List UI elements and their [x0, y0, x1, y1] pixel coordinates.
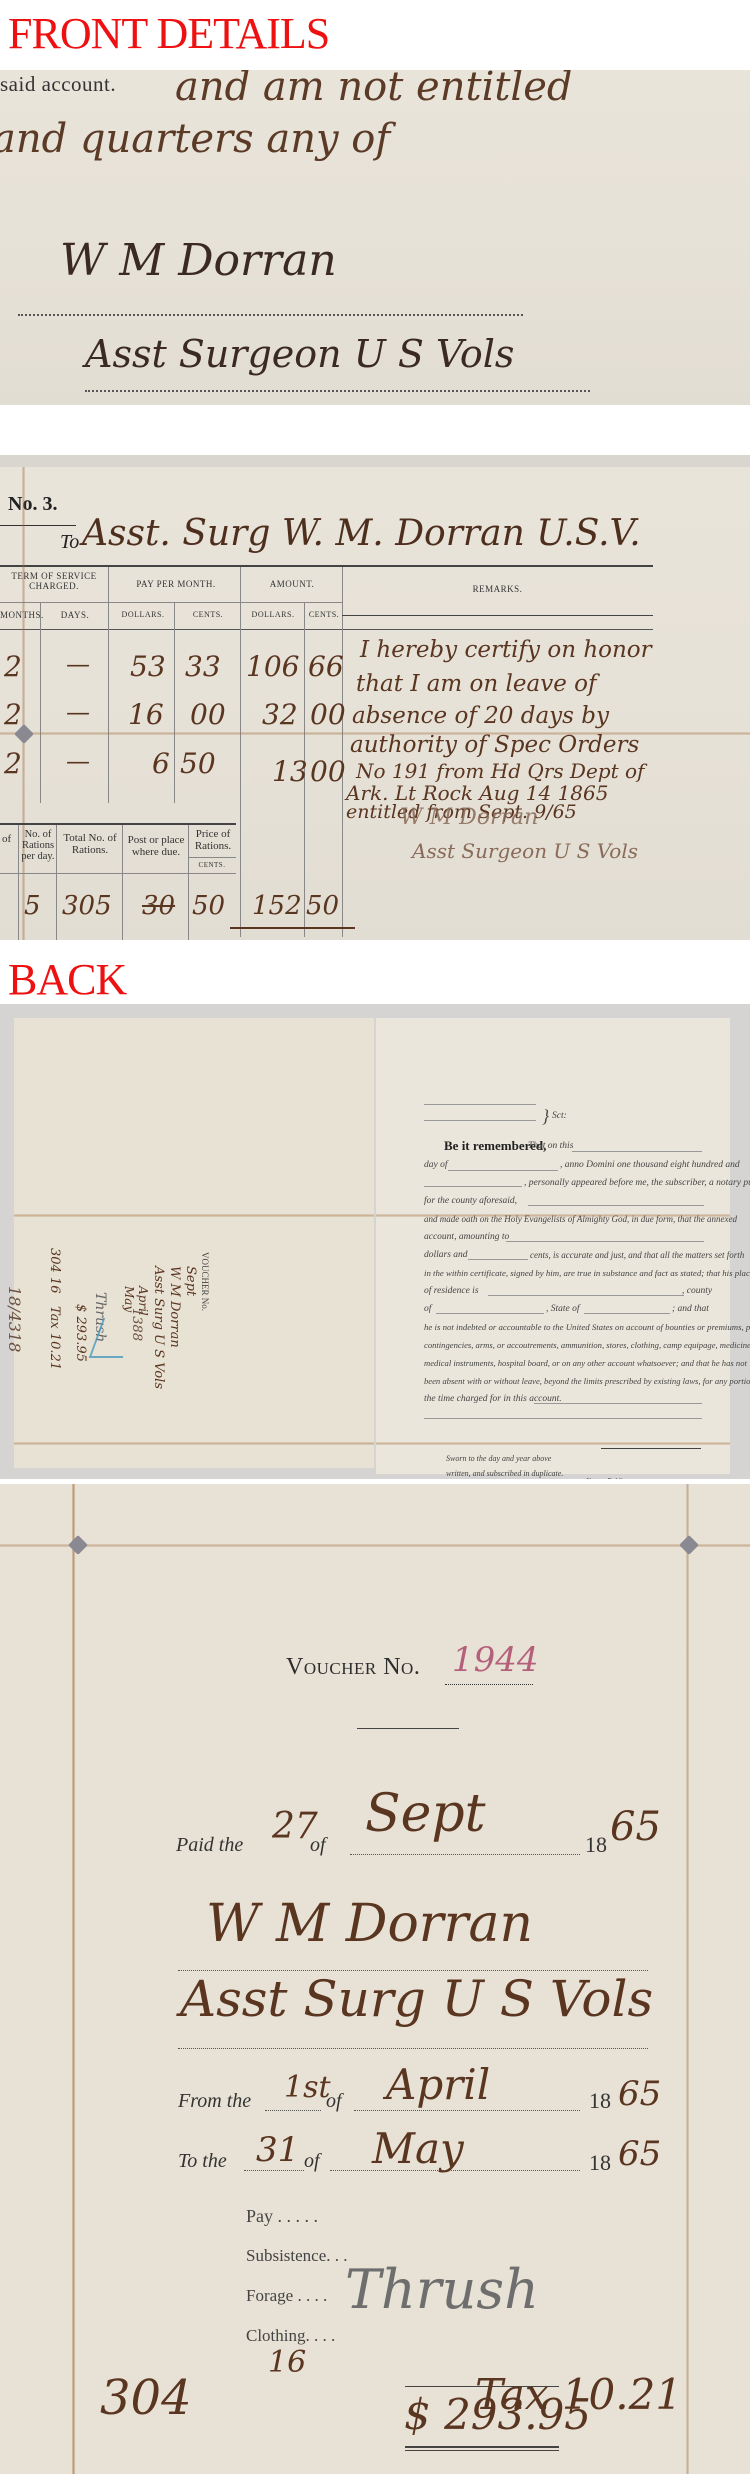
to-label: To the	[178, 2150, 227, 2173]
sct-label: Sct:	[552, 1111, 567, 1121]
to-month: May	[372, 2124, 464, 2173]
rations-of-label: of	[2, 833, 11, 845]
remarks-signature-title: Asst Surgeon U S Vols	[412, 839, 638, 863]
payee-title: Asst Surg U S Vols	[180, 1970, 653, 2028]
post-header: Post or place where due.	[124, 835, 188, 858]
voucher-number: 1944	[452, 1640, 539, 1680]
to-label: To	[60, 531, 79, 554]
from-month: April	[386, 2060, 490, 2109]
paid-month: Sept	[365, 1784, 486, 1844]
remarks-signature: W M Dorran	[400, 805, 538, 830]
header-pay-dollars: DOLLARS.	[112, 610, 174, 619]
item-clothing: Clothing. . . .	[246, 2326, 335, 2346]
side-note: 18/4318	[5, 1286, 24, 1352]
paid-label: Paid the	[176, 1834, 243, 1857]
header-months: MONTHS.	[0, 610, 40, 620]
from-label: From the	[178, 2090, 251, 2113]
from-day: 1st	[284, 2070, 331, 2105]
header-amt-dollars: DOLLARS.	[242, 610, 304, 619]
sworn-line-1: Sworn to the day and year above	[446, 1454, 551, 1463]
front-table-photo: No. 3. To Asst. Surg W. M. Dorran U.S.V.…	[0, 455, 750, 940]
tax-note: Tax 10.21	[475, 2370, 682, 2419]
form-number: No. 3.	[8, 493, 57, 516]
header-amount: AMOUNT.	[242, 579, 342, 589]
paid-year: 65	[610, 1804, 661, 1850]
header-remarks: REMARKS.	[345, 584, 650, 594]
signature-title: Asst Surgeon U S Vols	[85, 332, 514, 376]
payee-name: W M Dorran	[206, 1894, 533, 1954]
signature: W M Dorran	[60, 235, 337, 286]
back-heading: BACK	[8, 958, 126, 1002]
header-days: DAYS.	[42, 610, 108, 620]
total-rations-header: Total No. of Rations.	[58, 833, 122, 856]
from-year: 65	[618, 2074, 661, 2114]
signature-line	[18, 314, 523, 316]
front-signature-photo: said account. and am not entitled and qu…	[0, 70, 750, 405]
title-line	[85, 390, 590, 392]
payee-name: Asst. Surg W. M. Dorran U.S.V.	[82, 513, 641, 554]
rations-per-day-header: No. of Rations per day.	[20, 829, 56, 862]
mark-left: 304	[100, 2370, 192, 2426]
front-details-heading: FRONT DETAILS	[8, 12, 329, 56]
back-photo: VOUCHER No. Sept W M Dorran Asst Surg U …	[0, 1004, 750, 1479]
price-cents-header: CENTS.	[188, 861, 236, 869]
item-pay: Pay . . . . .	[246, 2206, 318, 2227]
item-forage: Forage . . . .	[246, 2286, 327, 2306]
to-day: 31	[256, 2130, 299, 2170]
header-pay-cents: CENTS.	[176, 610, 240, 619]
to-year: 65	[618, 2134, 661, 2174]
header-term: TERM OF SERVICE CHARGED.	[0, 571, 108, 591]
handwritten-line-2: and quarters any of	[0, 116, 390, 162]
voucher-closeup-photo: Voucher No. 1944 Paid the 27 of Sept 18 …	[0, 1484, 750, 2474]
header-amt-cents: CENTS.	[306, 610, 342, 619]
header-pay-per-month: PAY PER MONTH.	[112, 579, 240, 589]
handwritten-line-1: and am not entitled	[175, 70, 573, 110]
price-header: Price of Rations.	[190, 829, 236, 852]
notary-public-label: Notary Public.	[586, 1477, 627, 1479]
item-subsistence: Subsistence. . .	[246, 2246, 348, 2266]
voucher-label: Voucher No.	[286, 1654, 420, 1681]
printed-text: said account.	[0, 72, 116, 97]
sworn-line-2: written, and subscribed in duplicate.	[446, 1469, 563, 1478]
mark-left-sup: 16	[268, 2345, 306, 2380]
pencil-signature: Thrush	[345, 2258, 539, 2321]
